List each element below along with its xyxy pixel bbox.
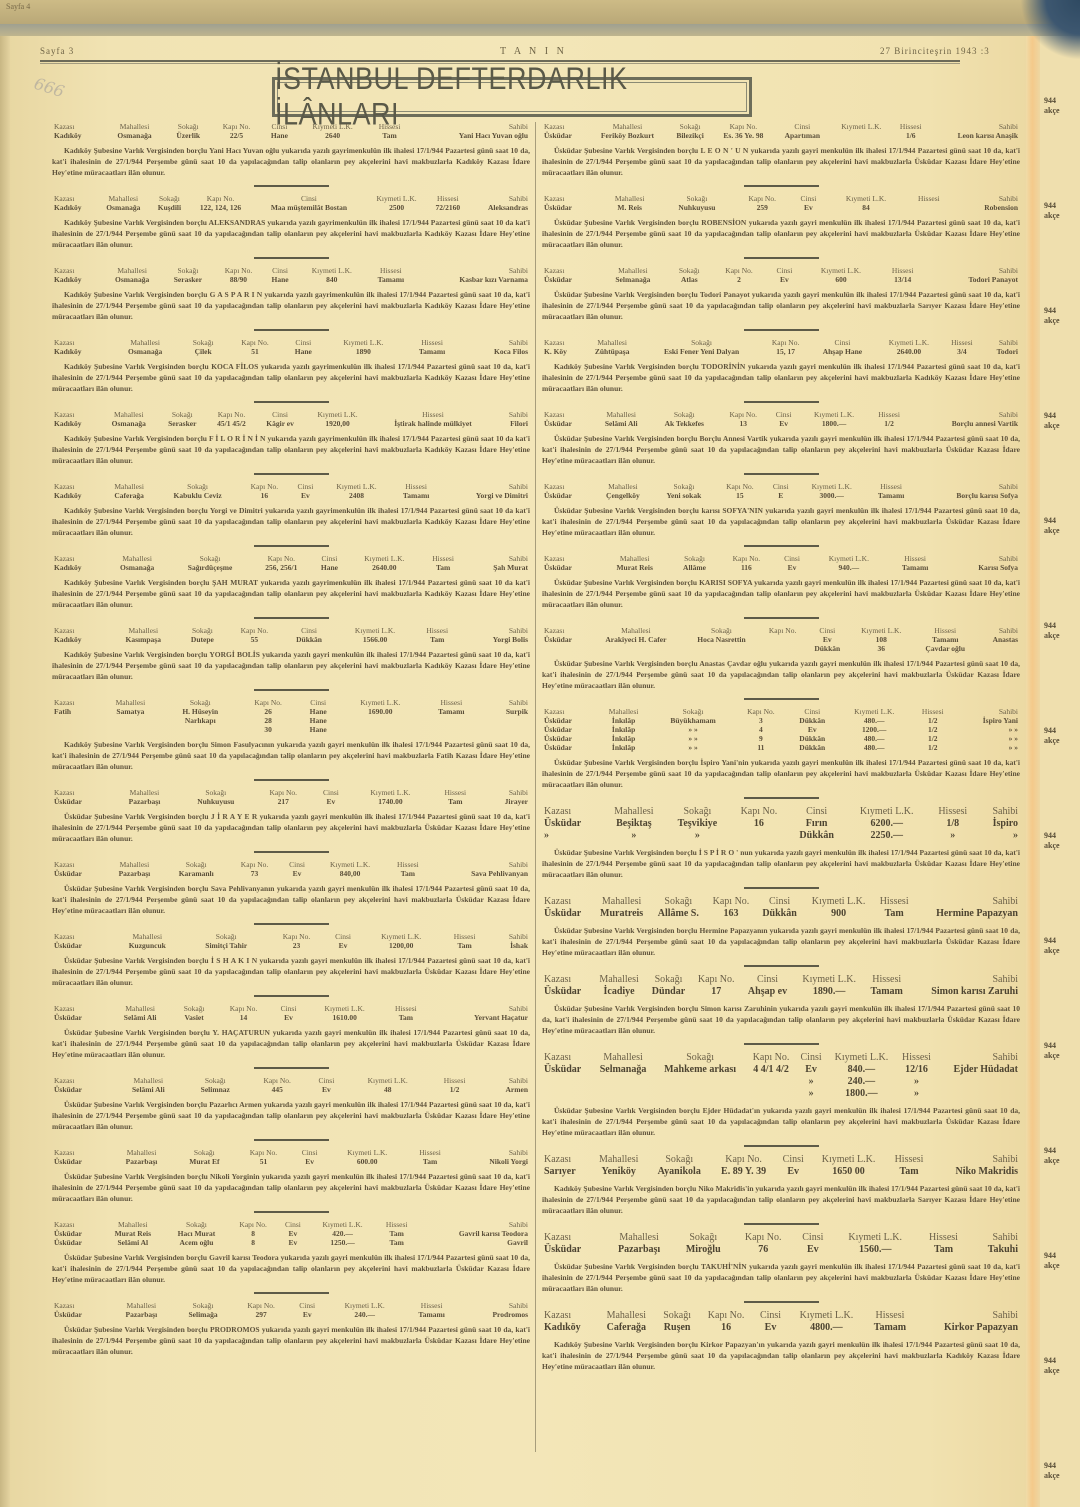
listing-header-row: KazasıMahallesiSokağıKapı No.CinsiKıymet… [542,896,1020,908]
column-header: Kıymeti L.K. [365,194,427,203]
column-header: Kıymeti L.K. [327,1148,407,1157]
listing-cell: 15, 17 [762,347,810,356]
listing-cell: Hermine Papazyan [914,908,1020,920]
listing-row: K. KöyZühtüpaşaEski Fener Yeni Dalyan15,… [542,347,1020,356]
column-header: Mahallesi [109,1148,173,1157]
listing-cell: Üsküdar [542,986,592,998]
listing-cell [937,1088,1020,1100]
column-header: Mahallesi [599,194,659,203]
column-header: Sokağı [180,338,226,347]
column-header: Mahallesi [602,806,665,818]
column-header: Kıymeti L.K. [845,806,929,818]
column-header: Sokağı [164,860,229,869]
listing-separator [254,329,329,331]
listing-row: ÜsküdarSelâmi AliAk Tekkefes13Ev1800.—1/… [542,419,1020,428]
listing-row: Üsküdarİnkılâp» »4Ev1200.—1/2» » [542,725,1020,734]
listing-separator [744,329,819,331]
column-header: Cinsi [298,698,338,707]
listing-row: ÜsküdarMuratreisAllâme S.163Dükkân900Tam… [542,908,1020,920]
column-header: Cinsi [282,626,335,635]
adjacent-page-text: 944 [1044,1461,1056,1471]
column-header: Kazası [542,626,589,635]
column-header: Cinsi [768,410,799,419]
listing-header-row: KazasıMahallesiSokağıKapı No.CinsiKıymet… [542,1310,1020,1322]
listing-cell: 256, 256/1 [251,563,312,572]
listing-header-row: KazasıMahallesiSokağıKapı No.CinsiKıymet… [52,122,530,131]
column-header: Kazası [542,707,595,716]
column-header: Sahibi [931,1154,1020,1166]
column-header: Cinsi [741,974,794,986]
property-listing: KazasıMahallesiSokağıKapı No.CinsiKıymet… [542,122,1020,178]
column-header: Sahibi [968,1232,1020,1244]
listing-cell: 2500 [365,203,427,212]
property-listing: KazasıMahallesiSokağıKapı No.CinsiKıymet… [52,410,530,466]
column-header: Kapı No. [699,1310,754,1322]
listing-cell: » » [652,725,735,734]
listing-table: KazasıMahallesiSokağıKapı No.CinsiKıymet… [542,194,1020,212]
listing-header-row: KazasıMahallesiSokağıKapı No.CinsiKıymet… [52,788,530,797]
listing-cell: Osmanağa [100,419,158,428]
listing-row: ÜsküdarArakiyeci H. CaferHoca NasrettinE… [542,635,1020,644]
listing-separator [744,1043,819,1045]
listing-cell: Osmanağa [102,275,162,284]
adjacent-page-fragment: 944akçe944akçe944akçe944akçe944akçe944ak… [1040,36,1080,1507]
listing-cell: Ahşap Hane [809,347,875,356]
listing-cell: Hane [284,347,323,356]
listing-cell: Allâme S. [651,908,706,920]
listing-cell: Osmanağa [110,347,180,356]
listing-cell: Dükkân [787,743,837,752]
listing-cell: 16 [239,491,289,500]
column-header: Sahibi [495,410,530,419]
listing-table: KazasıMahallesiSokağıKapı No.CinsiKıymet… [52,860,530,878]
listing-cell: Üsküdar [542,1064,592,1076]
listing-header-row: KazasıMahallesiSokağıKapı No.CinsiKıymet… [542,1232,1020,1244]
listing-row: ÜsküdarKuzguncukSimitçi Tahir23Ev1200,00… [52,941,530,950]
column-header: Sahibi [468,194,530,203]
listing-cell: Tamamı [404,1310,459,1319]
listing-header-row: KazasıMahallesiSokağıKapı No.CinsiKıymet… [542,338,1020,347]
listing-cell: 8 [229,1238,278,1247]
column-header: Cinsi [278,1220,309,1229]
listing-cell: Pazarbaşı [604,1244,674,1256]
column-header: Mahallesi [587,122,668,131]
listing-row: ÜsküdarPazarbaşıMurat Ef51Ev600.00TamNik… [52,1157,530,1166]
listing-cell: Armen [479,1085,530,1094]
column-header: Sahibi [460,338,530,347]
listing-row: ÜsküdarPazarbaşıSelimağa297Ev240.—Tamamı… [52,1310,530,1319]
column-header: Mahallesi [592,974,645,986]
listing-cell: Simon karısı Zaruhi [909,986,1020,998]
column-header: Sokağı [656,1310,699,1322]
listing-cell: Pazarbaşı [109,1157,173,1166]
listing-cell: 3000.— [797,491,867,500]
listing-header-row: KazasıMahallesiSokağıKapı No.CinsiKıymet… [52,1220,530,1229]
listing-cell: 11 [734,743,787,752]
listing-cell: 76 [733,1244,794,1256]
listing-cell: Pazarbaşı [109,1310,173,1319]
listing-cell: Tam [414,635,460,644]
listing-cell: İştirak halinde mülkiyet [371,419,495,428]
listing-cell: İshak [488,941,530,950]
column-header: Kazası [52,194,96,203]
column-header: Sokağı [166,122,211,131]
listing-cell: 2640.00 [347,563,421,572]
property-listing: KazasıMahallesiSokağıKapı No.CinsiKıymet… [542,338,1020,394]
listing-table: KazasıMahallesiSokağıKapı No.CinsiKıymet… [542,266,1020,284]
column-header: Sokağı [184,1076,248,1085]
listing-cell: Gavril [417,1238,530,1247]
column-header: Hissesi [422,698,480,707]
listing-table: KazasıMahallesiSokağıKapı No.CinsiKıymet… [52,194,530,212]
adjacent-page-text: akçe [1044,841,1060,851]
listing-cell: 3/4 [942,347,981,356]
listing-row: SarıyerYeniköyAyanikolaE. 89 Y. 39Ev1650… [542,1166,1020,1178]
column-header: Mahallesi [96,194,150,203]
listing-cell: Serasker [162,275,213,284]
listing-cell: Ev [271,1013,306,1022]
listing-cell: Tam [441,941,488,950]
column-header: Sahibi [410,122,530,131]
listing-cell: 12/16 [896,1064,936,1076]
listing-cell: Dutepe [178,635,226,644]
listing-cell: Osmanağa [103,131,165,140]
property-listing: KazasıMahallesiSokağıKapı No.CinsiKıymet… [52,122,530,178]
listing-separator [254,1211,329,1213]
listing-cell: Üsküdar [542,725,595,734]
listing-cell [654,1076,746,1088]
listing-separator [254,1139,329,1141]
listing-cell: Üsküdar [52,1229,101,1238]
column-header: Sahibi [460,626,530,635]
column-header: Cinsi [313,788,350,797]
column-header: Kıymeti L.K. [338,698,422,707]
listing-cell [542,1076,592,1088]
column-header: Sahibi [915,482,1020,491]
column-header: Mahallesi [604,1232,674,1244]
listing-cell: 480.— [837,716,911,725]
property-listing: KazasıMahallesiSokağıKapı No.CinsiKıymet… [52,626,530,682]
adjacent-page-text: akçe [1044,1051,1060,1061]
listing-cell: 51 [226,347,284,356]
listing-row: »1800.—» [542,1088,1020,1100]
listing-cell: » [542,830,602,842]
column-header: Kazası [542,1310,597,1322]
column-header: Hissesi [404,338,460,347]
listing-cell: » [796,1076,827,1088]
column-header: Kazası [542,266,598,275]
column-header: Kapı No. [715,482,765,491]
column-header: Kapı No. [211,122,262,131]
listing-cell: Tam [874,908,914,920]
listing-cell [906,203,952,212]
listing-header-row: KazasıMahallesiSokağıKapı No.CinsiKıymet… [52,698,530,707]
listing-row: »»»Dükkân2250.—»» [542,830,1020,842]
column-header: Cinsi [794,1232,832,1244]
column-header: Hissesi [387,860,430,869]
listing-table: KazasıMahallesiSokağıKapı No.CinsiKıymet… [542,1154,1020,1178]
listing-cell: Hane [312,563,347,572]
listing-cell: Kasbar kızı Varnama [415,275,530,284]
listing-cell: Ev [776,1166,810,1178]
column-header: Kazası [52,1148,109,1157]
column-header: Mahallesi [105,860,164,869]
column-header: Sokağı [641,338,761,347]
listing-cell: Tamamı [913,635,977,644]
listing-separator [744,473,819,475]
listing-cell: Koca Filos [460,347,530,356]
listing-cell: 2640.00 [875,347,942,356]
listing-cell: 2408 [321,491,392,500]
listing-cell [98,716,162,725]
listing-cell: 4800.— [787,1322,865,1334]
column-header: Kazası [52,788,111,797]
listing-cell: Borçlu karısı Sofya [915,491,1020,500]
listing-cell: Dündar [646,986,692,998]
listing-cell: 13 [718,419,768,428]
listing-cell: Tamamı [404,347,460,356]
column-header: Kapı No. [233,1301,290,1310]
listing-cell: E. 89 Y. 39 [711,1166,777,1178]
adjacent-page-text: 944 [1044,411,1056,421]
column-header: Sahibi [488,932,530,941]
listing-cell [654,1088,746,1100]
listing-cell: Tam [887,1166,931,1178]
listing-notice: Üsküdar Şubesine Varlık Vergisinden borç… [52,811,530,844]
column-header: Sokağı [648,1154,711,1166]
column-header: Mahallesi [108,626,178,635]
adjacent-page-text: akçe [1044,421,1060,431]
listing-cell: Üsküdar [542,818,602,830]
listing-cell: Kadıköy [52,275,102,284]
property-listing: KazasıMahallesiSokağıKapı No.CinsiKıymet… [52,338,530,394]
listing-cell: Acem oğlu [164,1238,229,1247]
column-header: Hissesi [865,1310,914,1322]
listing-cell: 445 [247,1085,307,1094]
listing-cell: Üsküdar [542,743,595,752]
listing-cell: Tamamı [867,491,915,500]
column-header: Kapı No. [760,626,806,635]
listing-row: KadıköyCaferağaRuşen16Ev4800.—TamamKirko… [542,1322,1020,1334]
listing-cell: 3 [734,716,787,725]
adjacent-page-text: akçe [1044,106,1060,116]
listing-cell: Ahşap ev [741,986,794,998]
listing-cell: Üsküdar [542,734,595,743]
listing-cell: 840,00 [313,869,386,878]
listing-cell: Ev [281,869,314,878]
listing-cell: Dükkân [756,908,803,920]
column-header: Hissesi [441,932,488,941]
listing-cell: Kadıköy [52,635,108,644]
property-listing: KazasıMahallesiSokağıKapı No.CinsiKıymet… [542,896,1020,958]
listing-cell: » [796,1088,827,1100]
listing-cell: 8 [229,1229,278,1238]
listing-cell: Şah Murat [465,563,530,572]
listing-cell: 600.00 [327,1157,407,1166]
listing-notice: Üsküdar Şubesine Varlık Vergisinden borç… [542,577,1020,610]
listing-cell: Kadıköy [52,203,96,212]
listing-cell: Tam [431,797,479,806]
listing-cell: Selimnaz [184,1085,248,1094]
column-header: Kazası [52,860,105,869]
property-listing: KazasıMahallesiSokağıKapı No.CinsiKıymet… [542,266,1020,322]
adjacent-page-text: 944 [1044,1146,1056,1156]
column-header: Mahallesi [598,266,667,275]
listing-cell: Tam [422,563,465,572]
listing-cell: 4 [734,725,787,734]
listing-cell: Osmanağa [96,203,150,212]
listing-separator [254,473,329,475]
listing-cell: Kuzguncuk [110,941,185,950]
listing-cell: Yorgi ve Dimitri [440,491,530,500]
column-header: Kıymeti L.K. [321,482,392,491]
column-header: Kıymeti L.K. [810,1154,887,1166]
listing-cell: 122, 124, 126 [189,203,253,212]
listing-notice: Kadıköy Şubesine Varlık Vergisinden borç… [52,649,530,682]
adjacent-page-text: 944 [1044,96,1056,106]
column-header: Cinsi [787,707,837,716]
column-header: Mahallesi [109,1301,173,1310]
listing-row: KadıköyOsmanağaSağırdüçeşme256, 256/1Han… [52,563,530,572]
listing-cell: Üsküdar [52,797,111,806]
listing-cell: Sarıyer [542,1166,590,1178]
listing-row: Narlıkapı28Hane [52,716,530,725]
property-listing: KazasıMahallesiSokağıKapı No.CinsiKıymet… [52,698,530,772]
listing-cell: Tam [369,131,411,140]
column-header: Kapı No. [228,860,280,869]
column-header: Mahallesi [110,338,180,347]
listing-cell: » [896,1088,936,1100]
listing-cell: Takuhi [968,1244,1020,1256]
column-header: Mahallesi [589,626,684,635]
listing-table: KazasıMahallesiSokağıKapı No.CinsiKıymet… [52,338,530,356]
column-header: Cinsi [776,1154,810,1166]
column-header: Kıymeti L.K. [826,194,906,203]
listing-cell: Pazarbaşı [105,869,164,878]
listing-cell: 73 [228,869,280,878]
listing-cell: Caferağa [102,491,156,500]
listing-cell: 6200.— [845,818,929,830]
column-header: Mahallesi [110,932,185,941]
column-header: Mahallesi [595,707,651,716]
listing-cell: » » [652,743,735,752]
column-header: Kıymeti L.K. [875,338,942,347]
listing-cell: Yani Hacı Yuvan oğlu [410,131,530,140]
column-header: Cinsi [307,1076,345,1085]
left-column-listings: KazasıMahallesiSokağıKapı No.CinsiKıymet… [52,122,530,1357]
listing-row: KadıköyOsmanağaSerasker45/1 45/2Kâgir ev… [52,419,530,428]
listing-cell: Murat Reis [599,563,671,572]
listing-table: KazasıMahallesiSokağıKapı No.CinsiKıymet… [52,482,530,500]
column-header: Kıymeti L.K. [345,1076,430,1085]
listing-header-row: KazasıMahallesiSokağıKapı No.CinsiKıymet… [52,410,530,419]
listing-table: KazasıMahallesiSokağıKapı No.CinsiKıymet… [52,1301,530,1319]
listing-cell: 108 [849,635,913,644]
column-header: Sokağı [650,410,718,419]
column-header: Mahallesi [583,338,642,347]
listing-cell: Karamanlı [164,869,229,878]
listing-cell: 1560.— [832,1244,919,1256]
listing-cell: Nuhkuyusu [660,203,734,212]
listing-cell: » [602,830,665,842]
column-header: Cinsi [312,554,347,563]
column-header: Hissesi [422,554,465,563]
listing-table: KazasıMahallesiSokağıKapı No.CinsiKıymet… [52,554,530,572]
listing-cell: Tamamı [392,491,441,500]
listing-notice: Üsküdar Şubesine Varlık Vergisinden borç… [542,757,1020,790]
right-column-listings: KazasıMahallesiSokağıKapı No.CinsiKıymet… [542,122,1020,1372]
listing-cell: Tamamı [888,563,942,572]
column-header: Kazası [542,122,587,131]
column-header: Kapı No. [226,626,282,635]
listing-cell: Mahkeme arkası [654,1064,746,1076]
listing-cell: Jirayer [479,797,530,806]
listing-cell: Tam [407,1157,453,1166]
listing-row: Üsküdarİnkılâp» »11Dükkân480.—1/2» » [542,743,1020,752]
listing-notice: Üsküdar Şubesine Varlık Vergisinden borç… [52,955,530,988]
column-header: Cinsi [289,1301,325,1310]
listing-cell: 1/2 [430,1085,479,1094]
listing-cell: Üsküdar [542,716,595,725]
listing-cell: 217 [254,797,313,806]
property-listing: KazasıMahallesiSokağıKapı No.CinsiKıymet… [52,1220,530,1285]
listing-row: ÜsküdarİnkılâpBüyükhamam3Dükkân480.—1/2İ… [542,716,1020,725]
column-header: Sokağı [667,266,711,275]
listing-header-row: KazasıMahallesiSokağıKapı No.CinsiKıymet… [542,1154,1020,1166]
listing-cell [52,716,98,725]
listing-table: KazasıMahallesiSokağıKapı No.CinsiKıymet… [52,266,530,284]
adjacent-page-text: 944 [1044,516,1056,526]
listing-header-row: KazasıMahallesiSokağıKapı No.CinsiKıymet… [542,122,1020,131]
column-header: Cinsi [756,896,803,908]
listing-cell: Feriköy Bozkurt [587,131,668,140]
page-number: Sayfa 3 [40,46,74,56]
adjacent-page-text: 944 [1044,1356,1056,1366]
property-listing: KazasıMahallesiSokağıKapı No.CinsiKıymet… [542,482,1020,538]
column-header: Kazası [52,1301,109,1310]
listing-cell [592,1076,654,1088]
column-header: Kazası [542,482,593,491]
listing-cell: Tamamı [422,707,480,716]
column-header: Sahibi [929,122,1020,131]
listing-cell: Tamam [865,1322,914,1334]
listing-cell: Üzerlik [166,131,211,140]
listing-cell: Ruşen [656,1322,699,1334]
column-header: Sokağı [178,788,254,797]
listing-cell: Üsküdar [542,203,599,212]
listing-cell: 1/2 [911,716,954,725]
listing-row: Üsküdarİnkılâp» »9Dükkân480.—1/2» » [542,734,1020,743]
column-header: Kıymeti L.K. [336,626,415,635]
listing-cell: Simitçi Tahir [185,941,268,950]
listing-cell: Aleksandras [468,203,530,212]
listing-cell: Ev [768,419,799,428]
property-listing: KazasıMahallesiSokağıKapı No.CinsiKıymet… [52,266,530,322]
listing-cell: 240.— [826,1076,896,1088]
column-header: Kapı No. [226,338,284,347]
strip-label: Sayfa 4 [6,2,30,11]
listing-table: KazasıMahallesiSokağıKapı No.CinsiKıymet… [542,1310,1020,1334]
listing-cell: Bilezikçi [668,131,713,140]
listing-cell: Pazarbaşı [111,797,177,806]
listing-cell: Tam [377,1238,417,1247]
listing-cell: 1200.— [837,725,911,734]
listing-header-row: KazasıMahallesiSokağıKapı No.CinsiKıymet… [52,932,530,941]
listing-cell: 259 [734,203,791,212]
column-header: Cinsi [765,482,797,491]
listing-row: »240.—» [542,1076,1020,1088]
listing-cell: Muratreis [593,908,651,920]
